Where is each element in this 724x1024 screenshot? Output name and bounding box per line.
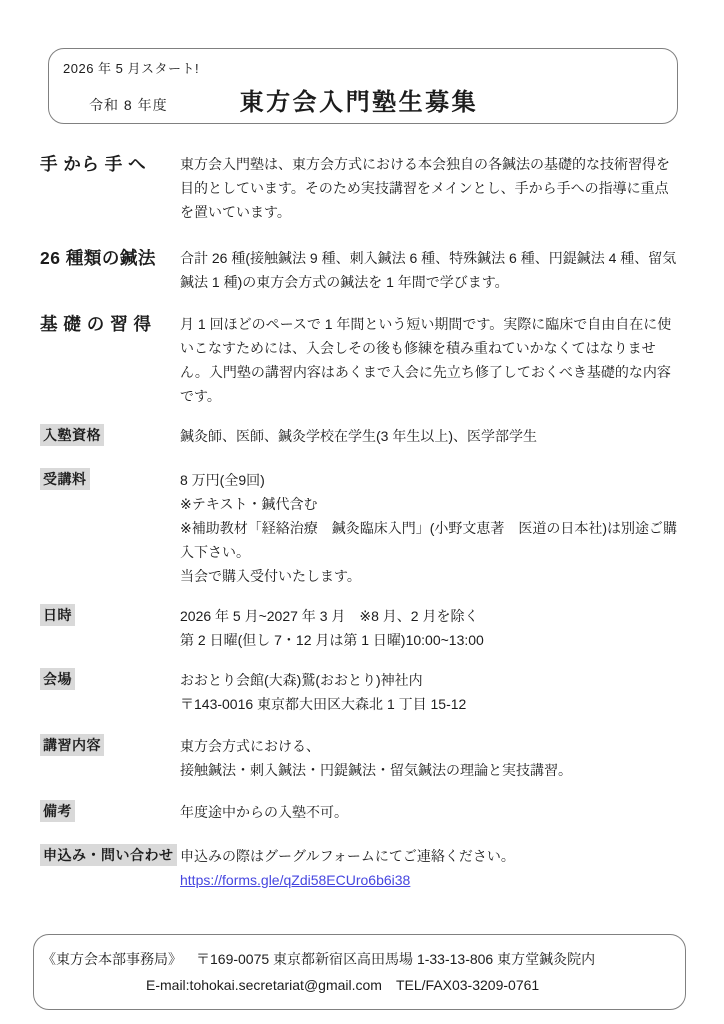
header-box: 2026 年 5 月スタート! 令和 8 年度 東方会入門塾生募集 <box>48 48 678 124</box>
section-label: 申込み・問い合わせ <box>40 844 177 866</box>
section-text: 東方会方式における、 <box>180 734 680 758</box>
section-label: 受講料 <box>40 468 90 490</box>
section-koshu-naiyo: 講習内容 東方会方式における、 接触鍼法・刺入鍼法・円鍉鍼法・留気鍼法の理論と実… <box>40 734 680 782</box>
office-tel: TEL/FAX03-3209-0761 <box>396 977 539 993</box>
section-text: 合計 26 種(接触鍼法 9 種、刺入鍼法 6 種、特殊鍼法 6 種、円鍉鍼法 … <box>180 246 680 294</box>
section-text: 月 1 回ほどのペースで 1 年間という短い期間です。実際に臨床で自由自在に使い… <box>180 312 680 408</box>
era-label: 令和 8 年度 <box>89 95 168 115</box>
section-text: 年度途中からの入塾不可。 <box>180 800 680 824</box>
section-biko: 備考 年度途中からの入塾不可。 <box>40 800 680 824</box>
footer-box: 《東方会本部事務局》〒169-0075 東京都新宿区高田馬場 1-33-13-8… <box>33 934 686 1010</box>
title-row: 令和 8 年度 東方会入門塾生募集 <box>63 82 661 117</box>
footer-office-line: 《東方会本部事務局》〒169-0075 東京都新宿区高田馬場 1-33-13-8… <box>42 946 671 972</box>
start-note: 2026 年 5 月スタート! <box>63 60 661 77</box>
section-text: ※テキスト・鍼代含む <box>180 492 680 516</box>
flyer-page: 2026 年 5 月スタート! 令和 8 年度 東方会入門塾生募集 手 から 手… <box>0 0 724 1024</box>
section-label: 備考 <box>40 800 75 822</box>
section-nyujuku-shikaku: 入塾資格 鍼灸師、医師、鍼灸学校在学生(3 年生以上)、医学部学生 <box>40 424 680 448</box>
section-text: 当会で購入受付いたします。 <box>180 564 680 588</box>
sections: 手 から 手 へ 東方会入門塾は、東方会方式における本会独自の各鍼法の基礎的な技… <box>40 152 680 892</box>
section-text: ※補助教材「経絡治療 鍼灸臨床入門」(小野文恵著 医道の日本社)は別途ご購入下さ… <box>180 516 680 564</box>
section-label: 基 礎 の 習 得 <box>40 314 151 334</box>
section-text: 〒143-0016 東京都大田区大森北 1 丁目 15-12 <box>180 692 680 716</box>
section-text: 2026 年 5 月~2027 年 3 月 ※8 月、2 月を除く <box>180 604 680 628</box>
section-text: 東方会入門塾は、東方会方式における本会独自の各鍼法の基礎的な技術習得を目的として… <box>180 152 680 224</box>
section-label: 手 から 手 へ <box>40 154 146 174</box>
section-label: 日時 <box>40 604 75 626</box>
office-email: E-mail:tohokai.secretariat@gmail.com <box>146 977 382 993</box>
section-text: 第 2 日曜(但し 7・12 月は第 1 日曜)10:00~13:00 <box>180 628 680 652</box>
section-text: 接触鍼法・刺入鍼法・円鍉鍼法・留気鍼法の理論と実技講習。 <box>180 758 680 782</box>
section-text: おおとり会館(大森)鷲(おおとり)神社内 <box>180 668 680 692</box>
section-text: 8 万円(全9回) <box>180 468 680 492</box>
section-text: 鍼灸師、医師、鍼灸学校在学生(3 年生以上)、医学部学生 <box>180 424 680 448</box>
section-nichiji: 日時 2026 年 5 月~2027 年 3 月 ※8 月、2 月を除く 第 2… <box>40 604 680 652</box>
section-label: 会場 <box>40 668 75 690</box>
page-title: 東方会入門塾生募集 <box>240 82 479 117</box>
section-te-kara-te: 手 から 手 へ 東方会入門塾は、東方会方式における本会独自の各鍼法の基礎的な技… <box>40 152 680 224</box>
section-label: 26 種類の鍼法 <box>40 248 156 268</box>
section-26-shinho: 26 種類の鍼法 合計 26 種(接触鍼法 9 種、刺入鍼法 6 種、特殊鍼法 … <box>40 246 680 294</box>
section-moshikomi-toiawase: 申込み・問い合わせ 申込みの際はグーグルフォームにてご連絡ください。 https… <box>40 844 680 892</box>
section-kaijo: 会場 おおとり会館(大森)鷲(おおとり)神社内 〒143-0016 東京都大田区… <box>40 668 680 716</box>
section-label: 講習内容 <box>40 734 104 756</box>
application-form-link[interactable]: https://forms.gle/qZdi58ECUro6b6i38 <box>180 872 410 888</box>
office-name: 《東方会本部事務局》 <box>42 951 182 967</box>
section-label: 入塾資格 <box>40 424 104 446</box>
office-address: 〒169-0075 東京都新宿区高田馬場 1-33-13-806 東方堂鍼灸院内 <box>196 951 595 967</box>
footer-contact-line: E-mail:tohokai.secretariat@gmail.comTEL/… <box>42 972 671 998</box>
section-kiso-shutoku: 基 礎 の 習 得 月 1 回ほどのペースで 1 年間という短い期間です。実際に… <box>40 312 680 408</box>
section-jukoryo: 受講料 8 万円(全9回) ※テキスト・鍼代含む ※補助教材「経絡治療 鍼灸臨床… <box>40 468 680 588</box>
section-text: 申込みの際はグーグルフォームにてご連絡ください。 <box>180 844 680 868</box>
